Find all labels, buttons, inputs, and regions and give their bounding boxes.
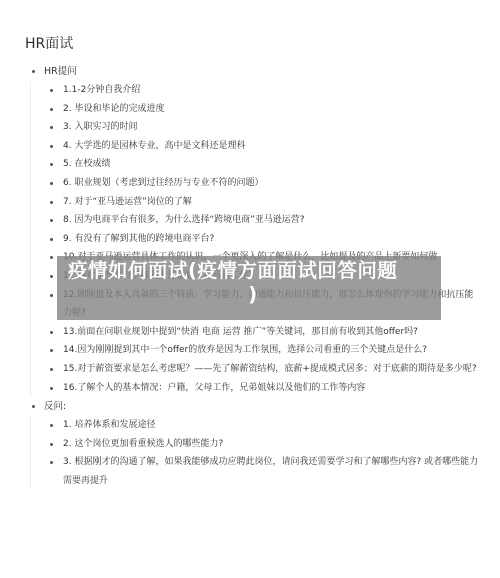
list-item: 1. 培养体系和发展途径	[31, 416, 490, 435]
section-reverse-questions: 反问: 1. 培养体系和发展途径 2. 这个岗位更加看重候选人的哪些能力? 3.…	[30, 397, 490, 490]
list-item: 8. 因为电商平台有很多，为什么选择“跨境电商”亚马逊运营?	[31, 211, 490, 230]
overlay-title: 疫情如何面试(疫情方面面试回答问题 )	[68, 259, 438, 307]
list-item: 6. 职业规划（考虑到过往经历与专业不符的问题）	[31, 174, 490, 193]
list-item: 3. 入职实习的时间	[31, 118, 490, 137]
list-item: 4. 大学选的是园林专业，高中是文科还是理科	[31, 137, 490, 156]
list-item: 2. 这个岗位更加看重候选人的哪些能力?	[31, 435, 490, 454]
list-item: 13.前面在问职业规划中提到“快消 电商 运营 推广”等关键词，那目前有收到其他…	[31, 323, 490, 342]
list-item: 2. 毕设和毕论的完成进度	[31, 100, 490, 119]
list-item: 14.因为刚刚提到其中一个offer的放弃是因为工作氛围，选择公司看重的三个关键…	[31, 341, 490, 360]
section-label: 反问:	[44, 401, 66, 412]
list-item: 1.1-2分钟自我介绍	[31, 81, 490, 100]
list-item: 16.了解个人的基本情况：户籍，父母工作，兄弟姐妹以及他们的工作等内容	[31, 379, 490, 398]
hr-question-list: 1.1-2分钟自我介绍 2. 毕设和毕论的完成进度 3. 入职实习的时间 4. …	[30, 81, 490, 397]
page-title: HR面试	[25, 33, 73, 53]
reverse-question-list: 1. 培养体系和发展途径 2. 这个岗位更加看重候选人的哪些能力? 3. 根据刚…	[30, 416, 490, 490]
list-item: 5. 在校成绩	[31, 155, 490, 174]
list-item: 9. 有没有了解到其他的跨境电商平台?	[31, 230, 490, 249]
section-hr-questions: HR提问 1.1-2分钟自我介绍 2. 毕设和毕论的完成进度 3. 入职实习的时…	[30, 62, 490, 397]
list-item: 15.对于薪资要求是怎么考虑呢？——先了解薪资结构，底薪+提成模式居多；对于底薪…	[31, 360, 490, 379]
section-label: HR提问	[44, 66, 77, 77]
list-item: 7. 对于“亚马逊运营”岗位的了解	[31, 193, 490, 212]
document-page: HR面试 HR提问 1.1-2分钟自我介绍 2. 毕设和毕论的完成进度 3. 入…	[0, 0, 500, 578]
overlay-title-line2: )	[68, 283, 438, 307]
list-item: 3. 根据刚才的沟通了解，如果我能够成功应聘此岗位，请问我还需要学习和了解哪些内…	[31, 453, 490, 490]
overlay-title-line1: 疫情如何面试(疫情方面面试回答问题	[68, 259, 397, 282]
